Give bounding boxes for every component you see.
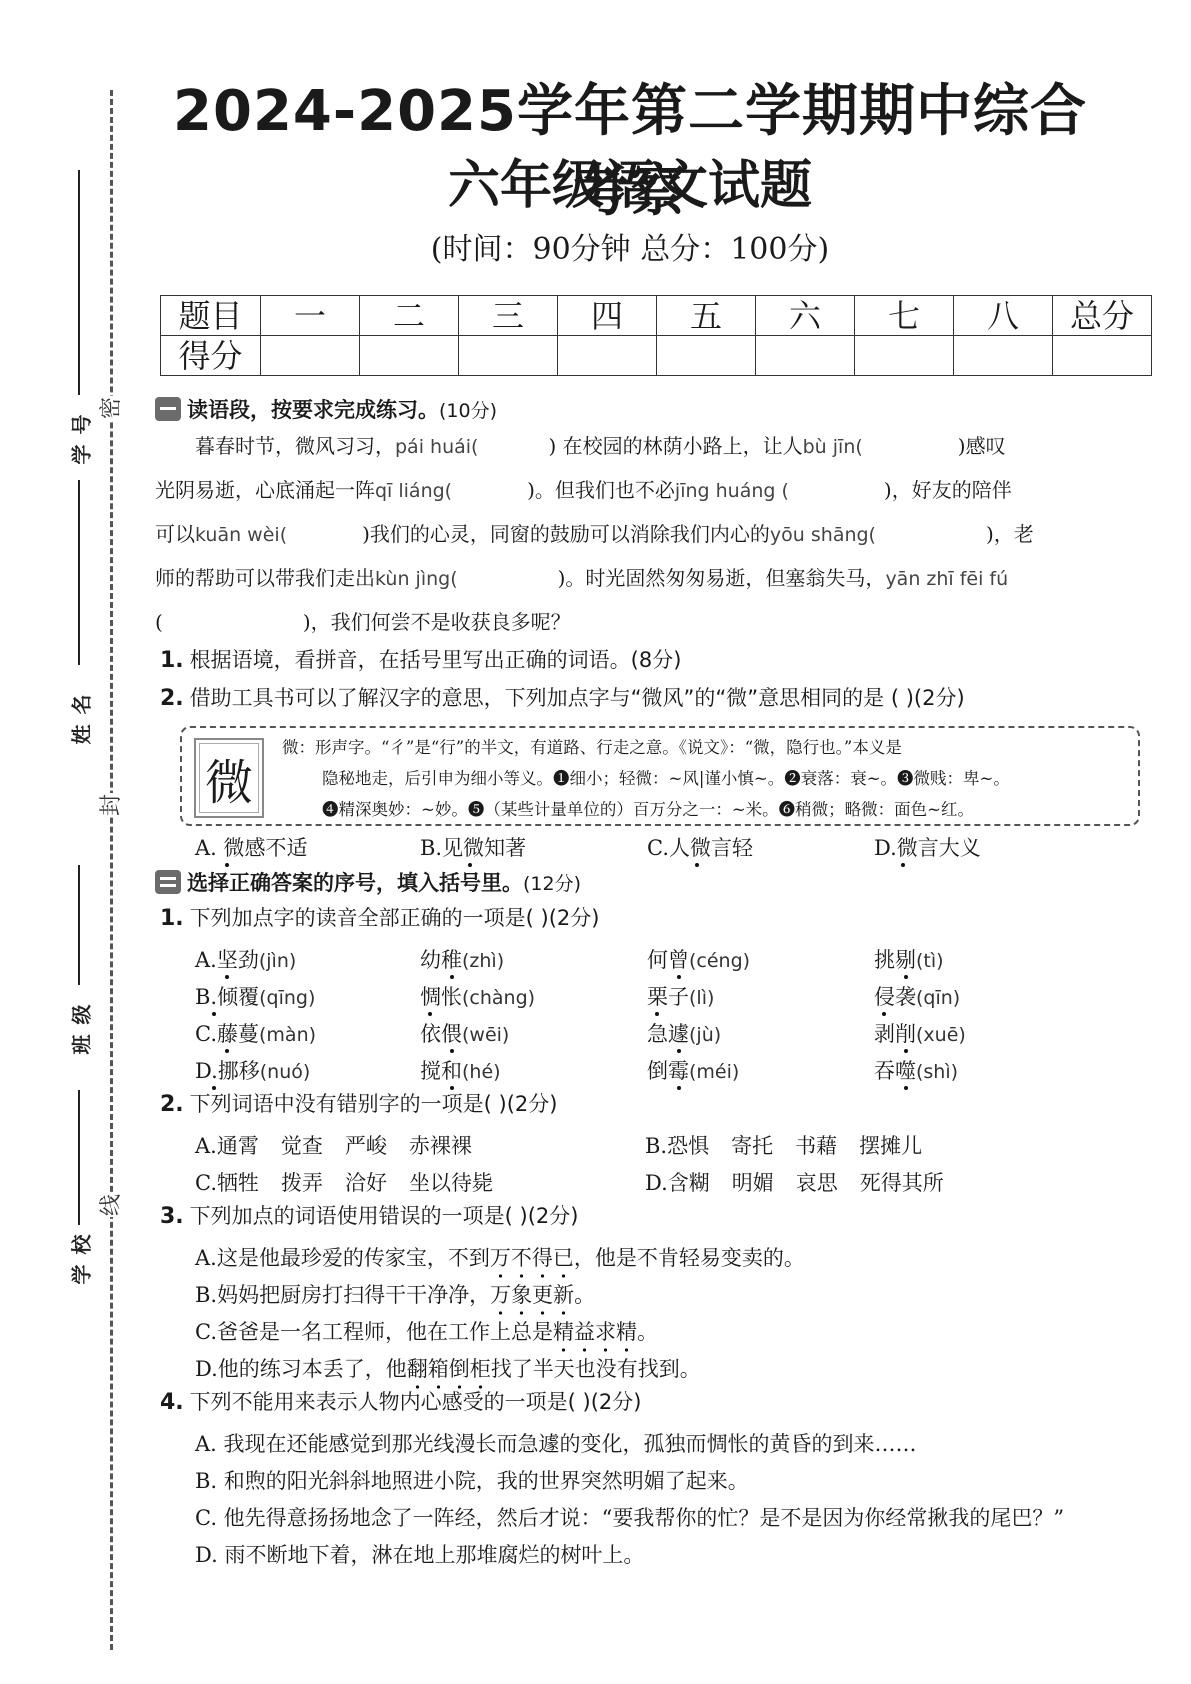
word-item: 惆怅(chàng) [420,981,647,1011]
seal-char-feng: 封 [99,793,125,817]
exam-info: (时间：90分钟 总分：100分) [150,228,1110,272]
score-input-cell[interactable] [657,336,756,376]
section-1-title: 读语段，按要求完成练习。 [187,394,439,424]
word-item: 搅和(hé) [420,1055,647,1085]
option-d[interactable]: D.他的练习本丢了，他翻箱倒柜找了半天也没有找到。 [155,1349,1155,1386]
question-number: 1. [160,648,184,673]
option-a[interactable]: A. 微感不适 [155,832,420,862]
section-2-heading: 选择正确答案的序号，填入括号里。 (12分) [155,866,1155,898]
word-item: D.挪移(nuó) [155,1055,420,1085]
section-number-one-icon [155,397,181,421]
question-text: 下列加点字的读音全部正确的一项是( )(2分) [190,902,600,932]
score-input-cell[interactable] [558,336,657,376]
question-text: 下列加点的词语使用错误的一项是( )(2分) [190,1200,579,1230]
question-1-2: 2. 借助工具书可以了解汉字的意思，下列加点字与“微风”的“微”意思相同的是 (… [155,682,1155,720]
score-cell: 二 [360,296,459,336]
option-c[interactable]: C.爸爸是一名工程师，他在工作上总是精益求精。 [155,1312,1155,1349]
option-b[interactable]: B.见微知著 [420,832,647,862]
option-b[interactable]: B. 和煦的阳光斜斜地照进小院，我的世界突然明媚了起来。 [155,1461,1155,1498]
dict-line: ❹精深奥妙：~妙。❺（某些计量单位的）百万分之一：~米。❻稍微；略微：面色~红。 [282,794,1128,825]
score-table: 题目 一 二 三 四 五 六 七 八 总分 得分 [160,295,1152,376]
reading-passage: 暮春时节，微风习习，pái huái() 在校园的林荫小路上，让人bù jīn(… [155,425,1155,644]
score-cell: 得分 [161,336,261,376]
question-2-2: 2. 下列词语中没有错别字的一项是( )(2分) [155,1088,1155,1126]
class-label: 班级 [66,995,95,1055]
score-input-cell[interactable] [954,336,1053,376]
question-text: 根据语境，看拼音，在括号里写出正确的词语。(8分) [190,644,682,674]
dotted-phrase: 精益求精 [553,1316,637,1346]
question-2-1: 1. 下列加点字的读音全部正确的一项是( )(2分) [155,902,1155,940]
score-input-cell[interactable] [261,336,360,376]
score-input-cell[interactable] [1053,336,1152,376]
name-label: 姓名 [66,685,95,745]
student-id-label: 学号 [66,405,95,465]
score-cell: 三 [459,296,558,336]
option-d[interactable]: D. 雨不断地下着，淋在地上那堆腐烂的树叶上。 [155,1535,1155,1572]
score-input-cell[interactable] [360,336,459,376]
question-text: 下列词语中没有错别字的一项是( )(2分) [190,1088,558,1118]
score-cell: 八 [954,296,1053,336]
word-item: 幼稚(zhì) [420,944,647,974]
option-row-b[interactable]: B.倾覆(qīng) 惆怅(chàng) 栗子(lì) 侵袭(qīn) [155,977,1155,1014]
binding-margin: 密 封 线 学号 姓名 班级 学校 [0,0,140,1684]
option-d[interactable]: D.含糊明媚哀思死得其所 [645,1167,1095,1197]
dictionary-entry-box: 微 微：形声字。“彳”是“行”的半文，有道路、行走之意。《说文》：“微，隐行也。… [180,726,1140,826]
word-item: 吞噬(shì) [874,1055,1101,1085]
option-b[interactable]: B.妈妈把厨房打扫得干干净净，万象更新。 [155,1275,1155,1312]
word-item: 依偎(wēi) [420,1018,647,1048]
option-b[interactable]: B.恐惧寄托书藉摆摊儿 [645,1130,1095,1160]
question-number: 2. [160,1092,184,1117]
question-2-4: 4. 下列不能用来表示人物内心感受的一项是( )(2分) [155,1386,1155,1424]
score-table-header-row: 题目 一 二 三 四 五 六 七 八 总分 [161,296,1152,336]
school-label: 学校 [66,1225,95,1285]
dotted-phrase: 翻箱倒柜 [407,1353,491,1383]
question-text: 借助工具书可以了解汉字的意思，下列加点字与“微风”的“微”意思相同的是 ( )(… [190,682,965,712]
dotted-phrase: 万象更新 [490,1279,574,1309]
name-line[interactable] [78,480,80,665]
word-item: 侵袭(qīn) [874,981,1101,1011]
section-number-two-icon [155,870,181,894]
score-input-cell[interactable] [756,336,855,376]
word-item: 急遽(jù) [647,1018,874,1048]
option-a[interactable]: A.通霄觉查严峻赤裸裸 [155,1130,645,1160]
dict-line: 微：形声字。“彳”是“行”的半文，有道路、行走之意。《说文》：“微，隐行也。”本… [282,732,1128,763]
score-cell: 五 [657,296,756,336]
word-item: 挑剔(tì) [874,944,1101,974]
section-1-points: (10分) [439,396,497,423]
question-text: 下列不能用来表示人物内心感受的一项是( )(2分) [190,1386,642,1416]
score-cell: 七 [855,296,954,336]
seal-char-mi: 密 [99,396,125,420]
score-input-cell[interactable] [855,336,954,376]
word-item: 何曾(céng) [647,944,874,974]
option-row-cd: C.牺牲拨弄洽好坐以待毙 D.含糊明媚哀思死得其所 [155,1163,1155,1200]
school-line[interactable] [78,1090,80,1225]
word-item: 栗子(lì) [647,981,874,1011]
question-2-3: 3. 下列加点的词语使用错误的一项是( )(2分) [155,1200,1155,1238]
option-c[interactable]: C.人微言轻 [647,832,874,862]
option-row-a[interactable]: A.坚劲(jìn) 幼稚(zhì) 何曾(céng) 挑剔(tì) [155,940,1155,977]
section-2-points: (12分) [523,869,581,896]
option-c[interactable]: C.牺牲拨弄洽好坐以待毙 [155,1167,645,1197]
question-number: 2. [160,686,184,711]
option-a[interactable]: A.这是他最珍爱的传家宝，不到万不得已，他是不肯轻易变卖的。 [155,1238,1155,1275]
seal-dashed-line [110,90,113,1650]
score-cell: 一 [261,296,360,336]
class-line[interactable] [78,865,80,985]
score-table-score-row: 得分 [161,336,1152,376]
section-1-heading: 读语段，按要求完成练习。 (10分) [155,393,1155,425]
question-number: 1. [160,906,184,931]
option-row-ab: A.通霄觉查严峻赤裸裸 B.恐惧寄托书藉摆摊儿 [155,1126,1155,1163]
option-d[interactable]: D.微言大义 [874,832,1101,862]
word-item: A.坚劲(jìn) [155,944,420,974]
dict-line: 隐秘地走，后引申为细小等义。❶细小；轻微：~风|谨小慎~。❷衰落：衰~。❸微贱：… [282,763,1128,794]
question-number: 3. [160,1204,184,1229]
seal-script-icon: 微 [194,738,264,818]
score-cell: 六 [756,296,855,336]
word-item: B.倾覆(qīng) [155,981,420,1011]
seal-char-xian: 线 [99,1193,125,1217]
score-input-cell[interactable] [459,336,558,376]
dotted-phrase: 万不得已 [490,1242,574,1272]
option-a[interactable]: A. 我现在还能感觉到那光线漫长而急遽的变化，孤独而惆怅的黄昏的到来…… [155,1424,1155,1461]
student-id-line[interactable] [78,170,80,395]
question-number: 4. [160,1390,184,1415]
option-row-c[interactable]: C.藤蔓(màn) 依偎(wēi) 急遽(jù) 剥削(xuē) [155,1014,1155,1051]
question-1-2-options: A. 微感不适 B.见微知著 C.人微言轻 D.微言大义 [155,830,1155,864]
option-c[interactable]: C. 他先得意扬扬地念了一阵经，然后才说：“要我帮你的忙？是不是因为你经常揪我的… [155,1498,1155,1535]
score-cell: 四 [558,296,657,336]
word-item: 剥削(xuē) [874,1018,1101,1048]
score-cell: 总分 [1053,296,1152,336]
dictionary-text: 微：形声字。“彳”是“行”的半文，有道路、行走之意。《说文》：“微，隐行也。”本… [282,732,1128,825]
exam-subtitle: 六年级语文试题 [150,148,1110,224]
score-cell: 题目 [161,296,261,336]
word-item: 倒霉(méi) [647,1055,874,1085]
word-item: C.藤蔓(màn) [155,1018,420,1048]
section-2-title: 选择正确答案的序号，填入括号里。 [187,867,523,897]
question-1-1: 1. 根据语境，看拼音，在括号里写出正确的词语。(8分) [155,644,1155,682]
exam-content: 读语段，按要求完成练习。 (10分) 暮春时节，微风习习，pái huái() … [155,393,1155,1572]
option-row-d[interactable]: D.挪移(nuó) 搅和(hé) 倒霉(méi) 吞噬(shì) [155,1051,1155,1088]
